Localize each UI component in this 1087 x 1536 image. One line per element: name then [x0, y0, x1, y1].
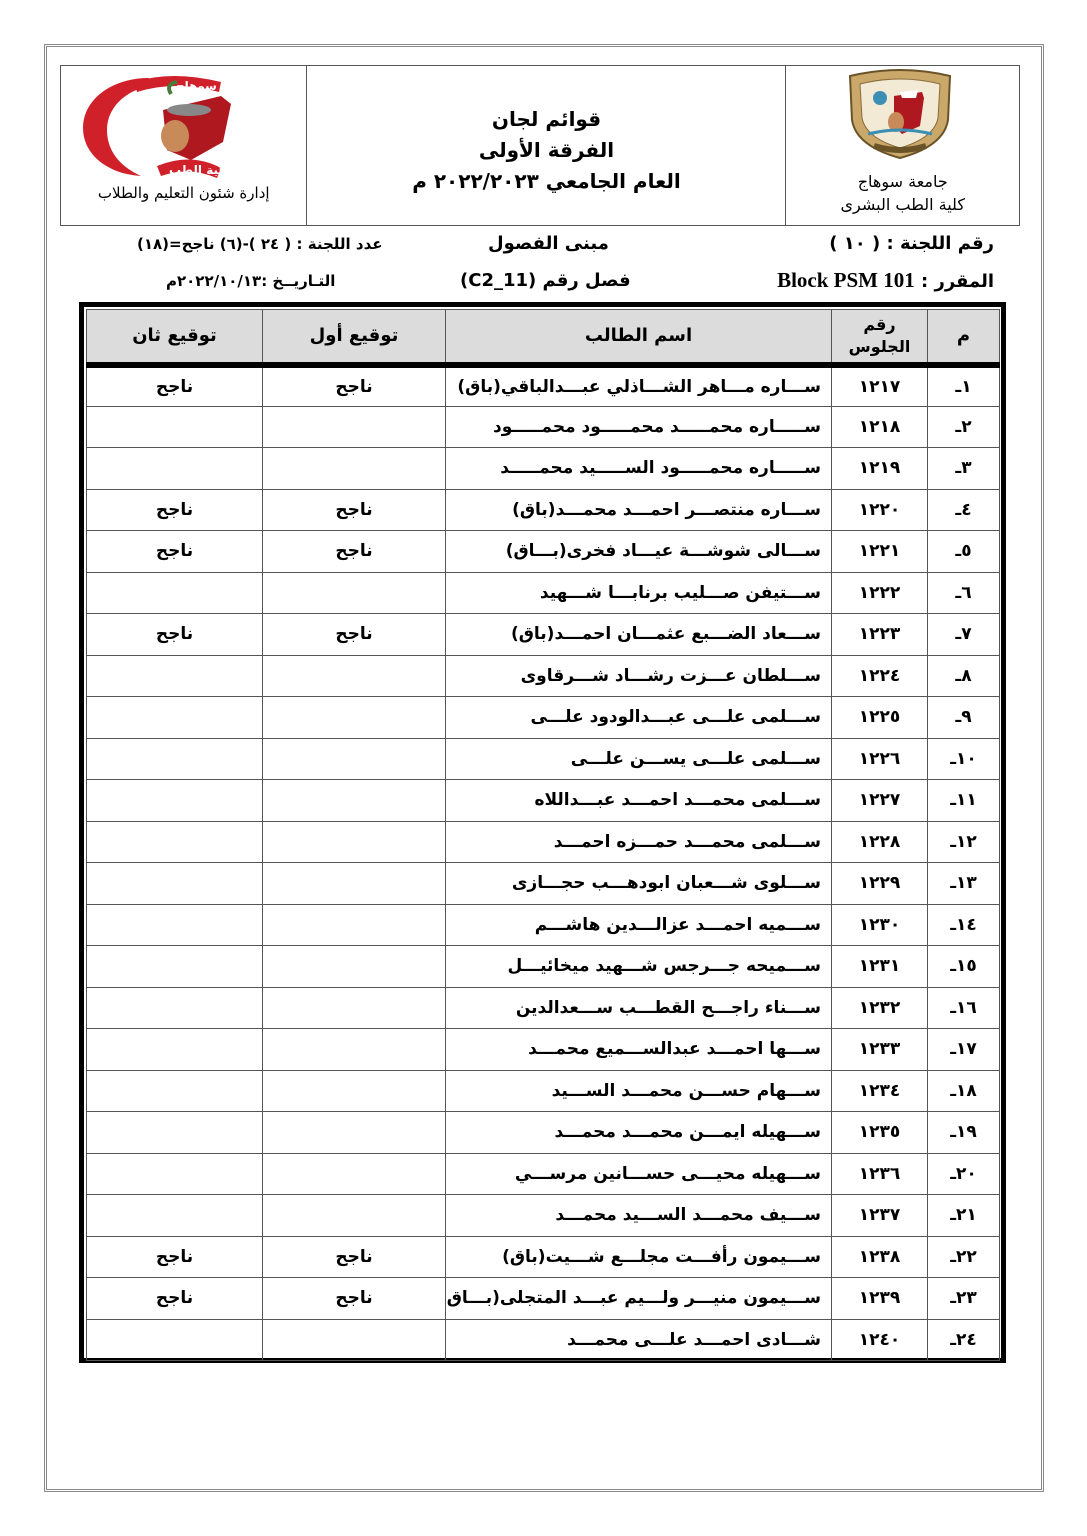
second-signature [87, 780, 263, 822]
first-signature: ناجح [263, 1236, 446, 1278]
svg-text:جامعة سوهاج: جامعة سوهاج [176, 79, 246, 94]
second-signature [87, 1153, 263, 1195]
student-name: ســـناء راجـــح القطـــب ســـعدالدين [446, 987, 832, 1029]
second-signature [87, 863, 263, 905]
table-row: ٤ـ١٢٢٠ســـاره منتصـــر احمـــد محمـــد(ب… [87, 489, 1000, 531]
student-name: ســـتيفن صـــليب برنابـــا شـــهيد [446, 572, 832, 614]
seat-number: ١٢٣٧ [832, 1195, 928, 1237]
row-index: ٦ـ [928, 572, 1000, 614]
second-signature [87, 655, 263, 697]
table-row: ٢٤ـ١٢٤٠شـــادى احمـــد علـــى محمـــد [87, 1319, 1000, 1361]
seat-number: ١٢١٩ [832, 448, 928, 490]
first-signature [263, 448, 446, 490]
table-row: ٣ـ١٢١٩ســـــاره محمـــــود الســـــيد مح… [87, 448, 1000, 490]
seat-number: ١٢٣٨ [832, 1236, 928, 1278]
second-signature [87, 697, 263, 739]
student-name: ســـيمون رأفـــت مجلـــع شـــيت(باق) [446, 1236, 832, 1278]
table-row: ١٣ـ١٢٢٩ســـلوى شـــعبان ابودهـــب حجـــا… [87, 863, 1000, 905]
first-signature [263, 1112, 446, 1154]
first-signature [263, 821, 446, 863]
second-signature [87, 821, 263, 863]
seat-number: ١٢٣٣ [832, 1029, 928, 1071]
student-name: ســـها احمـــد عبدالســـميع محمـــد [446, 1029, 832, 1071]
student-name: ســـهيله ايمـــن محمـــد محمـــد [446, 1112, 832, 1154]
seat-header-line1: رقم [832, 314, 927, 336]
seat-number: ١٢٢٣ [832, 614, 928, 656]
title-committee-lists: قوائم لجان [307, 104, 785, 135]
first-signature [263, 1029, 446, 1071]
seat-header-line2: الجلوس [832, 336, 927, 358]
col-header-seat: رقمالجلوس [832, 310, 928, 365]
seat-number: ١٢٢٧ [832, 780, 928, 822]
second-signature [87, 1195, 263, 1237]
student-name: ســـهام حســـن محمـــد الســـيد [446, 1070, 832, 1112]
first-signature [263, 863, 446, 905]
seat-number: ١٢٢٢ [832, 572, 928, 614]
first-signature [263, 572, 446, 614]
row-index: ٢ـ [928, 406, 1000, 448]
seat-number: ١٢٣٢ [832, 987, 928, 1029]
table-row: ١٦ـ١٢٣٢ســـناء راجـــح القطـــب ســـعدال… [87, 987, 1000, 1029]
table-row: ١٢ـ١٢٢٨ســـلمى محمـــد حمـــزه احمـــد [87, 821, 1000, 863]
building-name: مبنى الفصول [488, 233, 609, 254]
table-row: ٨ـ١٢٢٤ســـلطان عـــزت رشـــاد شـــرقاوى [87, 655, 1000, 697]
first-signature [263, 1153, 446, 1195]
table-row: ١٠ـ١٢٢٦ســـلمى علـــى يســـن علـــى [87, 738, 1000, 780]
second-signature [87, 946, 263, 988]
student-name: ســـعاد الضـــبع عثمـــان احمـــد(باق) [446, 614, 832, 656]
seat-number: ١٢١٧ [832, 365, 928, 407]
table-row: ١٨ـ١٢٣٤ســـهام حســـن محمـــد الســـيد [87, 1070, 1000, 1112]
row-index: ١٥ـ [928, 946, 1000, 988]
first-signature [263, 406, 446, 448]
course-info: المقرر : Block PSM 101 [777, 268, 994, 293]
seat-number: ١٢٣٠ [832, 904, 928, 946]
row-index: ١ـ [928, 365, 1000, 407]
table-row: ٢٠ـ١٢٣٦ســـهيله محيـــى حســـانين مرســـ… [87, 1153, 1000, 1195]
seat-number: ١٢٢١ [832, 531, 928, 573]
student-name: ســـاره مـــاهر الشـــاذلي عبـــدالباقي(… [446, 365, 832, 407]
row-index: ٢٢ـ [928, 1236, 1000, 1278]
student-name: ســـــاره محمـــــد محمـــــود محمـــــو… [446, 406, 832, 448]
student-name: ســـــاره محمـــــود الســـــيد محمـــــ… [446, 448, 832, 490]
committee-count: عدد اللجنة : ( ٢٤ )-(٦) ناجح=(١٨) [137, 235, 382, 253]
seat-number: ١٢٢٠ [832, 489, 928, 531]
second-signature [87, 572, 263, 614]
second-signature: ناجح [87, 531, 263, 573]
seat-number: ١٢٢٤ [832, 655, 928, 697]
table-row: ٢١ـ١٢٣٧ســـيف محمـــد الســـيد محمـــد [87, 1195, 1000, 1237]
row-index: ١٣ـ [928, 863, 1000, 905]
table-row: ٦ـ١٢٢٢ســـتيفن صـــليب برنابـــا شـــهيد [87, 572, 1000, 614]
seat-number: ١٢٣٩ [832, 1278, 928, 1320]
svg-text:كلية الطب: كلية الطب [169, 163, 230, 177]
row-index: ٧ـ [928, 614, 1000, 656]
second-signature: ناجح [87, 365, 263, 407]
table-row: ٥ـ١٢٢١ســـالى شوشـــة عيـــاد فخرى(بـــا… [87, 531, 1000, 573]
table-row: ٧ـ١٢٢٣ســـعاد الضـــبع عثمـــان احمـــد(… [87, 614, 1000, 656]
student-name: ســـلمى محمـــد حمـــزه احمـــد [446, 821, 832, 863]
first-signature [263, 780, 446, 822]
first-signature [263, 946, 446, 988]
student-name: شـــادى احمـــد علـــى محمـــد [446, 1319, 832, 1361]
table-row: ١٤ـ١٢٣٠ســـميه احمـــد عزالـــدين هاشـــ… [87, 904, 1000, 946]
col-header-index: م [928, 310, 1000, 365]
student-name: ســـميحه جـــرجس شـــهيد ميخائيـــل [446, 946, 832, 988]
first-signature [263, 904, 446, 946]
row-index: ١٦ـ [928, 987, 1000, 1029]
second-signature [87, 1112, 263, 1154]
row-index: ١٠ـ [928, 738, 1000, 780]
first-signature: ناجح [263, 531, 446, 573]
header-left-cell: جامعة سوهاج كلية الطب إدارة شئون التعليم… [61, 66, 307, 225]
exam-date: التـاريــخ :٢٠٢٢/١٠/١٣م [166, 272, 335, 290]
second-signature [87, 1070, 263, 1112]
title-academic-year: العام الجامعي ٢٠٢٢/٢٠٢٣ م [307, 166, 785, 197]
seat-number: ١٢٢٨ [832, 821, 928, 863]
row-index: ٢١ـ [928, 1195, 1000, 1237]
first-signature: ناجح [263, 614, 446, 656]
student-roster-table: م رقمالجلوس اسم الطالب توقيع أول توقيع ث… [79, 302, 1006, 1363]
second-signature: ناجح [87, 489, 263, 531]
table-row: ٢٢ـ١٢٣٨ســـيمون رأفـــت مجلـــع شـــيت(ب… [87, 1236, 1000, 1278]
seat-number: ١٢٢٥ [832, 697, 928, 739]
faculty-name: كلية الطب البشرى [786, 193, 1019, 216]
first-signature [263, 987, 446, 1029]
first-signature [263, 1070, 446, 1112]
table-row: ١٩ـ١٢٣٥ســـهيله ايمـــن محمـــد محمـــد [87, 1112, 1000, 1154]
student-name: ســـلمى علـــى عبـــدالودود علـــى [446, 697, 832, 739]
student-name: ســـيف محمـــد الســـيد محمـــد [446, 1195, 832, 1237]
first-signature [263, 697, 446, 739]
course-code: Block PSM 101 [777, 268, 915, 292]
second-signature [87, 1319, 263, 1361]
committee-number: رقم اللجنة : ( ١٠ ) [829, 233, 994, 254]
seat-number: ١٢٣٦ [832, 1153, 928, 1195]
university-crest-icon [844, 68, 956, 160]
student-name: ســـهيله محيـــى حســـانين مرســـي [446, 1153, 832, 1195]
header-right-cell: جامعة سوهاج كلية الطب البشرى [786, 66, 1019, 225]
row-index: ٥ـ [928, 531, 1000, 573]
col-header-sig1: توقيع أول [263, 310, 446, 365]
first-signature [263, 1319, 446, 1361]
table-row: ٢٣ـ١٢٣٩ســـيمون منيـــر ولـــيم عبـــد ا… [87, 1278, 1000, 1320]
row-index: ١١ـ [928, 780, 1000, 822]
row-index: ١٢ـ [928, 821, 1000, 863]
student-name: ســـلمى علـــى يســـن علـــى [446, 738, 832, 780]
seat-number: ١٢٣١ [832, 946, 928, 988]
student-name: ســـلطان عـــزت رشـــاد شـــرقاوى [446, 655, 832, 697]
row-index: ١٧ـ [928, 1029, 1000, 1071]
second-signature [87, 904, 263, 946]
university-name: جامعة سوهاج [786, 170, 1019, 193]
seat-number: ١٢٣٤ [832, 1070, 928, 1112]
table-row: ١١ـ١٢٢٧ســـلمى محمـــد احمـــد عبـــدالل… [87, 780, 1000, 822]
second-signature: ناجح [87, 614, 263, 656]
second-signature [87, 987, 263, 1029]
row-index: ٤ـ [928, 489, 1000, 531]
table-header-row: م رقمالجلوس اسم الطالب توقيع أول توقيع ث… [87, 310, 1000, 365]
document-header: جامعة سوهاج كلية الطب إدارة شئون التعليم… [60, 65, 1020, 226]
table-row: ١٧ـ١٢٣٣ســـها احمـــد عبدالســـميع محمــ… [87, 1029, 1000, 1071]
row-index: ١٨ـ [928, 1070, 1000, 1112]
row-index: ٢٤ـ [928, 1319, 1000, 1361]
seat-number: ١٢٢٦ [832, 738, 928, 780]
student-name: ســـيمون منيـــر ولـــيم عبـــد المتجلى(… [446, 1278, 832, 1320]
first-signature [263, 1195, 446, 1237]
seat-number: ١٢٢٩ [832, 863, 928, 905]
classroom-number: فصل رقم (C2_11) [460, 270, 631, 291]
seat-number: ١٢٣٥ [832, 1112, 928, 1154]
col-header-name: اسم الطالب [446, 310, 832, 365]
col-header-sig2: توقيع ثان [87, 310, 263, 365]
affairs-caption: إدارة شئون التعليم والطلاب [61, 184, 306, 202]
row-index: ١٤ـ [928, 904, 1000, 946]
row-index: ١٩ـ [928, 1112, 1000, 1154]
table-row: ١٥ـ١٢٣١ســـميحه جـــرجس شـــهيد ميخائيــ… [87, 946, 1000, 988]
second-signature: ناجح [87, 1236, 263, 1278]
title-year-level: الفرقة الأولى [307, 135, 785, 166]
row-index: ٢٠ـ [928, 1153, 1000, 1195]
second-signature [87, 448, 263, 490]
first-signature [263, 655, 446, 697]
table-row: ١ـ١٢١٧ســـاره مـــاهر الشـــاذلي عبـــدا… [87, 365, 1000, 407]
first-signature: ناجح [263, 489, 446, 531]
medicine-faculty-logo-icon: جامعة سوهاج كلية الطب [71, 70, 246, 182]
row-index: ٩ـ [928, 697, 1000, 739]
course-label: المقرر : [915, 271, 994, 292]
seat-number: ١٢٤٠ [832, 1319, 928, 1361]
student-name: ســـلمى محمـــد احمـــد عبـــداللاه [446, 780, 832, 822]
student-name: ســـالى شوشـــة عيـــاد فخرى(بـــاق) [446, 531, 832, 573]
first-signature: ناجح [263, 1278, 446, 1320]
row-index: ٣ـ [928, 448, 1000, 490]
second-signature [87, 406, 263, 448]
row-index: ٢٣ـ [928, 1278, 1000, 1320]
row-index: ٨ـ [928, 655, 1000, 697]
second-signature: ناجح [87, 1278, 263, 1320]
student-name: ســـميه احمـــد عزالـــدين هاشـــم [446, 904, 832, 946]
table-row: ٢ـ١٢١٨ســـــاره محمـــــد محمـــــود محم… [87, 406, 1000, 448]
table-row: ٩ـ١٢٢٥ســـلمى علـــى عبـــدالودود علـــى [87, 697, 1000, 739]
second-signature [87, 738, 263, 780]
student-name: ســـلوى شـــعبان ابودهـــب حجـــازى [446, 863, 832, 905]
first-signature [263, 738, 446, 780]
seat-number: ١٢١٨ [832, 406, 928, 448]
second-signature [87, 1029, 263, 1071]
first-signature: ناجح [263, 365, 446, 407]
header-center-cell: قوائم لجان الفرقة الأولى العام الجامعي ٢… [307, 66, 786, 225]
student-name: ســـاره منتصـــر احمـــد محمـــد(باق) [446, 489, 832, 531]
